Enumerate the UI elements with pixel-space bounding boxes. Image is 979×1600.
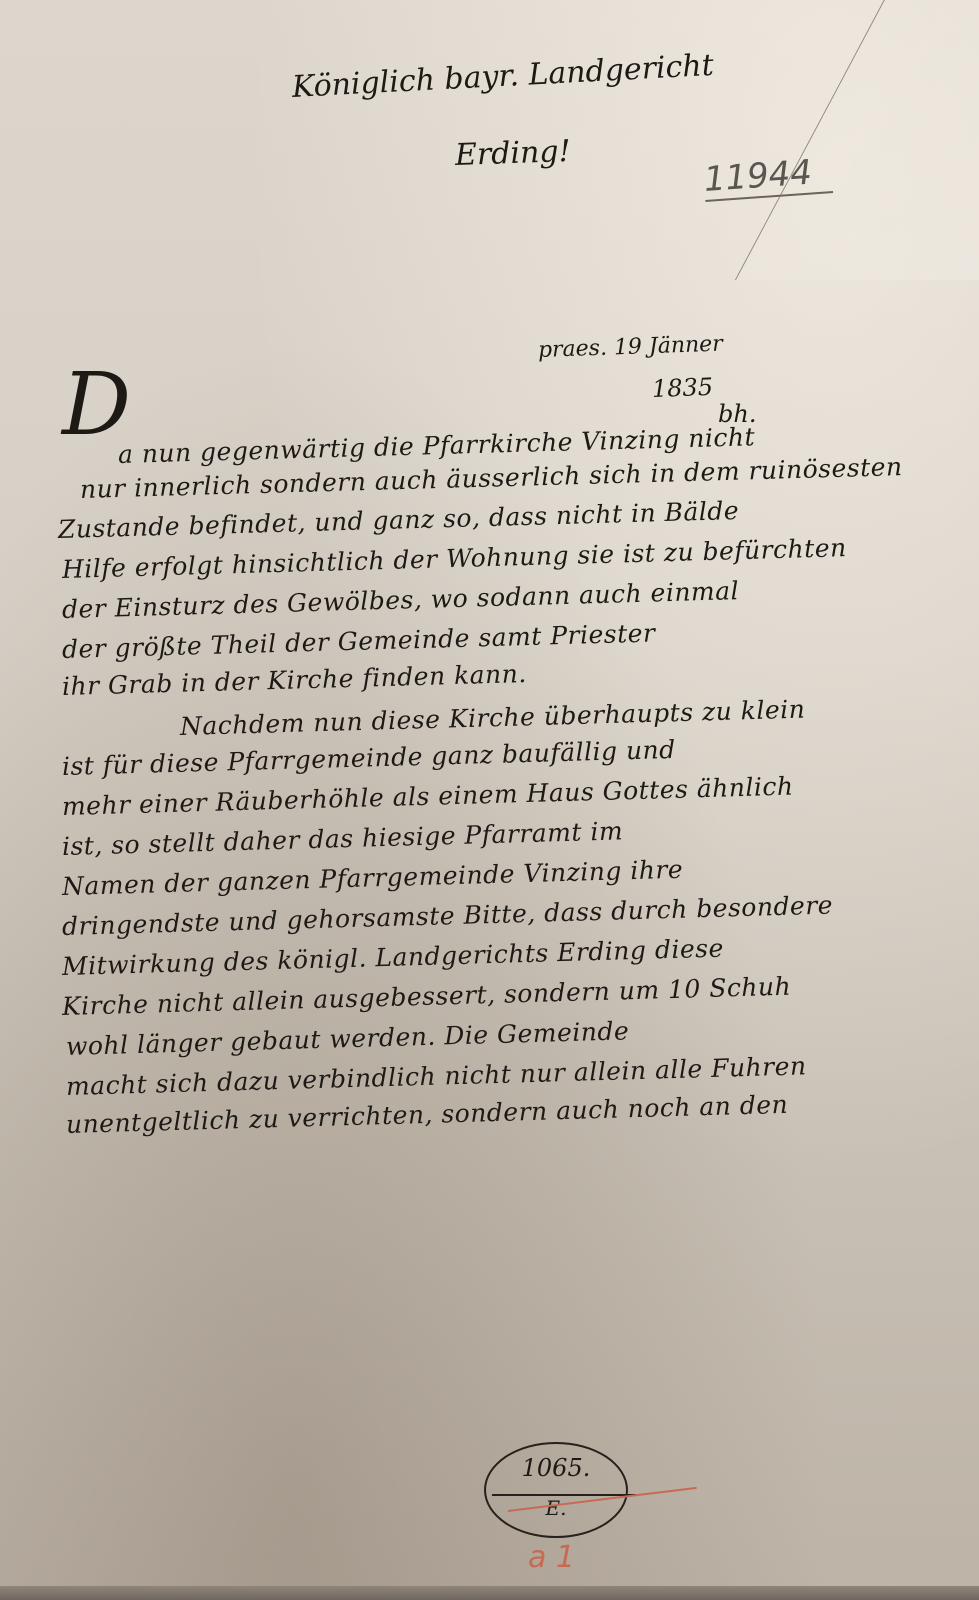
body-line: ist, so stellt daher das hiesige Pfarram…	[62, 816, 624, 861]
body-line: Namen der ganzen Pfarrgemeinde Vinzing i…	[62, 855, 684, 901]
body-line: wohl länger gebaut werden. Die Gemeinde	[66, 1016, 630, 1061]
receipt-note-year: 1835	[652, 373, 714, 403]
body-line: Mitwirkung des königl. Landgerichts Erdi…	[62, 934, 725, 981]
address-line-2: Erding!	[454, 134, 571, 173]
body-line: Zustande befindet, und ganz so, dass nic…	[58, 496, 740, 544]
body-line: der Einsturz des Gewölbes, wo sodann auc…	[62, 576, 740, 624]
body-line: der größte Theil der Gemeinde samt Pries…	[62, 618, 656, 664]
body-line: Nachdem nun diese Kirche überhaupts zu k…	[180, 695, 806, 741]
body-line: ihr Grab in der Kirche finden kann.	[62, 659, 528, 701]
receipt-note-date: praes. 19 Jänner	[538, 332, 724, 363]
archive-number: 11944	[703, 151, 834, 202]
address-line-1: Königlich bayr. Landgericht	[291, 48, 714, 105]
page-bottom-edge	[0, 1586, 979, 1600]
document-page: Königlich bayr. Landgericht Erding! 1194…	[0, 0, 979, 1600]
stamp-number: 1065.	[486, 1454, 626, 1482]
red-pencil-mark: a 1	[528, 1540, 575, 1575]
body-line: mehr einer Räuberhöhle als einem Haus Go…	[62, 772, 794, 821]
body-line: ist für diese Pfarrgemeinde ganz baufäll…	[62, 735, 676, 781]
body-line: Kirche nicht allein ausgebessert, sonder…	[62, 972, 792, 1021]
folded-corner	[735, 0, 979, 280]
registry-stamp: 1065. E.	[484, 1442, 628, 1538]
